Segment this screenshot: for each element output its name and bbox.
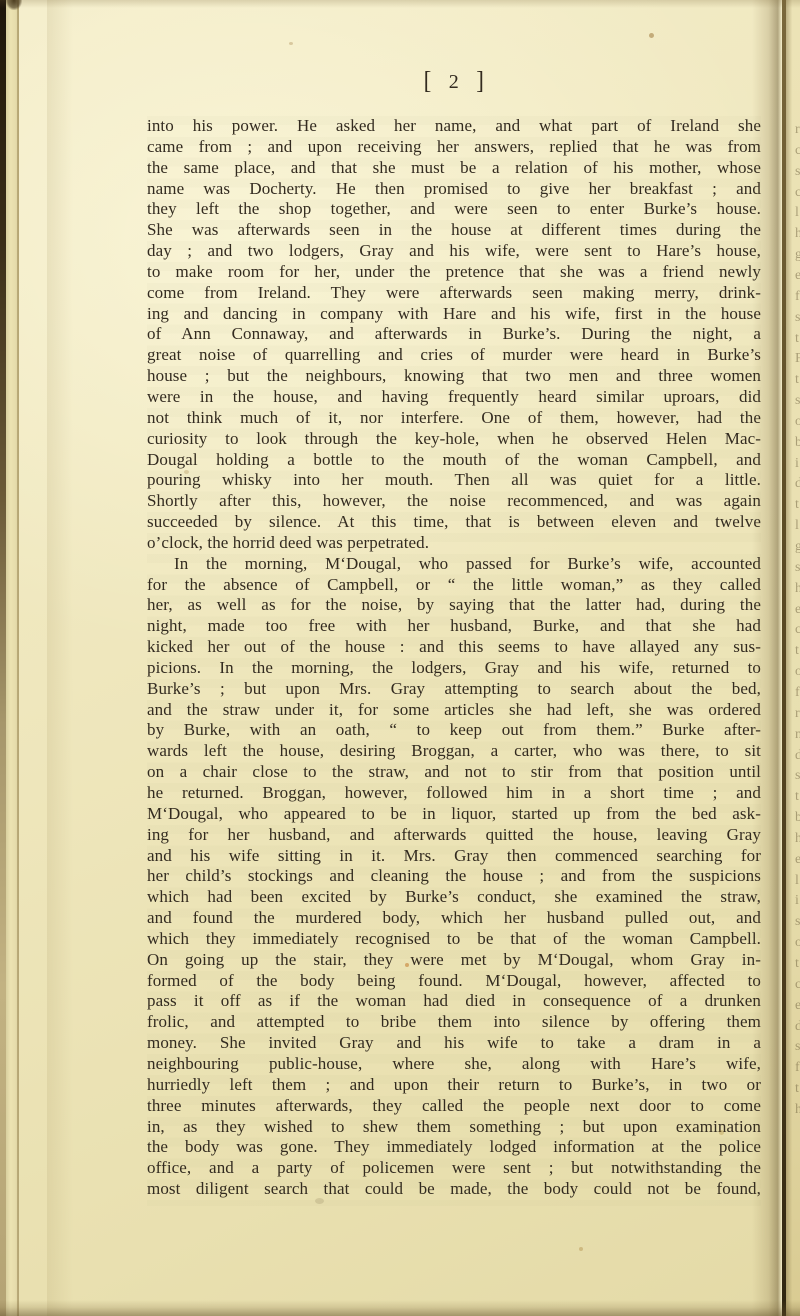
text-line: of Ann Connaway, and afterwards in Burke… xyxy=(147,324,761,345)
text-line: ing and dancing in company with Hare and… xyxy=(147,304,761,325)
foxing-speck xyxy=(405,963,409,967)
next-page-letter-fragment: s xyxy=(795,560,800,576)
next-page-letter-fragment: s xyxy=(795,768,800,784)
next-page-letter-fragment: o xyxy=(795,935,800,951)
text-line: come from Ireland. They were afterwards … xyxy=(147,283,761,304)
next-page-letter-fragment: o xyxy=(795,664,800,680)
next-page-letter-fragment: b xyxy=(795,435,800,451)
text-line: kicked her out of the house : and this s… xyxy=(147,637,761,658)
next-page-letter-fragment: c xyxy=(795,977,800,993)
page-number-value: 2 xyxy=(449,71,460,94)
text-line: and found the murdered body, which her h… xyxy=(147,908,761,929)
next-page-letter-fragment: e xyxy=(795,852,800,868)
text-line: name was Docherty. He then promised to g… xyxy=(147,179,761,200)
text-line: they left the shop together, and were se… xyxy=(147,199,761,220)
page-number-open-bracket: [ xyxy=(424,67,432,95)
foxing-speck xyxy=(289,42,293,45)
text-line: house ; but the neighbours, knowing that… xyxy=(147,366,761,387)
text-line: to make room for her, under the pretence… xyxy=(147,262,761,283)
text-line: On going up the stair, they were met by … xyxy=(147,950,761,971)
page-number-close-bracket: ] xyxy=(476,67,484,95)
text-line: her, as well as for the noise, by saying… xyxy=(147,595,761,616)
next-page-letter-fragment: c xyxy=(795,622,800,638)
next-page-letter-fragment: i xyxy=(795,456,800,472)
next-page-letter-fragment: t xyxy=(795,372,800,388)
next-page-letter-fragment: c xyxy=(795,185,800,201)
next-page-letter-fragment: n xyxy=(795,727,800,743)
foxing-speck xyxy=(184,470,189,474)
page-binding-crease xyxy=(47,0,73,1316)
text-line: In the morning, M‘Dougal, who passed for… xyxy=(147,554,761,575)
bottom-edge-shadow xyxy=(0,1300,800,1316)
next-page-letter-fragment: h xyxy=(795,581,800,597)
next-page-letter-fragment: e xyxy=(795,998,800,1014)
next-page-letter-fragment: e xyxy=(795,268,800,284)
text-line: the body was gone. They immediately lodg… xyxy=(147,1137,761,1158)
text-line: great noise of quarrelling and cries of … xyxy=(147,345,761,366)
text-line: money. She invited Gray and his wife to … xyxy=(147,1033,761,1054)
next-page-letter-fragment: r xyxy=(795,706,800,722)
next-page-letter-fragment: t xyxy=(795,789,800,805)
text-line: which had been excited by Burke’s conduc… xyxy=(147,887,761,908)
next-page-letter-fragment: s xyxy=(795,1039,800,1055)
text-line: formed of the body being found. M‘Dougal… xyxy=(147,971,761,992)
next-page-letter-fragment: h xyxy=(795,226,800,242)
text-line: came from ; and upon receiving her answe… xyxy=(147,137,761,158)
book-page-scan: [2] into his power. He asked her name, a… xyxy=(0,0,800,1316)
text-line: by Burke, with an oath, “ to keep out fr… xyxy=(147,720,761,741)
next-page-letter-fragment: b xyxy=(795,810,800,826)
text-line: Burke’s ; but upon Mrs. Gray attempting … xyxy=(147,679,761,700)
text-line: curiosity to look through the key-hole, … xyxy=(147,429,761,450)
next-page-letter-fragment: l xyxy=(795,873,800,889)
text-line: o’clock, the horrid deed was perpetrated… xyxy=(147,533,761,554)
text-line: and his wife sitting in it. Mrs. Gray th… xyxy=(147,846,761,867)
next-page-letter-fragment: i xyxy=(795,893,800,909)
next-page-letter-fragment: s xyxy=(795,393,800,409)
next-page-letter-fragment: o xyxy=(795,414,800,430)
text-line: Shortly after this, however, the noise r… xyxy=(147,491,761,512)
text-line: Dougal holding a bottle to the mouth of … xyxy=(147,450,761,471)
text-line: on a chair close to the straw, and not t… xyxy=(147,762,761,783)
text-line: ing for her husband, and afterwards quit… xyxy=(147,825,761,846)
text-line: three minutes afterwards, they called th… xyxy=(147,1096,761,1117)
text-line: M‘Dougal, who appeared to be in liquor, … xyxy=(147,804,761,825)
text-line: neighbouring public-house, where she, al… xyxy=(147,1054,761,1075)
next-page-letter-fragment: h xyxy=(795,831,800,847)
next-page-letter-fragment: r xyxy=(795,122,800,138)
next-page-letter-fragment: d xyxy=(795,748,800,764)
next-page-letter-fragment: h xyxy=(795,1102,800,1118)
text-line: which they immediately recognised to be … xyxy=(147,929,761,950)
next-page-letter-fragment: s xyxy=(795,310,800,326)
text-line: into his power. He asked her name, and w… xyxy=(147,116,761,137)
text-line: her child’s stockings and cleaning the h… xyxy=(147,866,761,887)
next-page-letter-fragment: g xyxy=(795,539,800,555)
next-page-letter-fragment: f xyxy=(795,289,800,305)
next-page-letter-fragment: c xyxy=(795,143,800,159)
text-line: night, made too free with her husband, B… xyxy=(147,616,761,637)
text-line: frolic, and attempted to bribe them into… xyxy=(147,1012,761,1033)
page-gutter-shadow xyxy=(752,0,782,1316)
foxing-speck xyxy=(719,1130,724,1135)
text-line: wards left the house, desiring Broggan, … xyxy=(147,741,761,762)
foxing-speck xyxy=(579,1247,583,1251)
next-page-letter-fragment: f xyxy=(795,1060,800,1076)
text-line: pouring whisky into her mouth. Then all … xyxy=(147,470,761,491)
foxing-speck xyxy=(315,1198,324,1204)
next-page-letter-fragment: t xyxy=(795,331,800,347)
text-line: for the absence of Campbell, or “ the li… xyxy=(147,575,761,596)
page-number: [2] xyxy=(147,68,761,98)
next-page-letter-fragment: d xyxy=(795,1019,800,1035)
text-line: were in the house, and having frequently… xyxy=(147,387,761,408)
page-text: into his power. He asked her name, and w… xyxy=(147,116,761,1200)
text-line: succeeded by silence. At this time, that… xyxy=(147,512,761,533)
text-line: and the straw under it, for some article… xyxy=(147,700,761,721)
next-page-letter-fragment: t xyxy=(795,1081,800,1097)
next-page-letter-fragment: s xyxy=(795,164,800,180)
underlying-page-edges xyxy=(6,0,19,1316)
text-line: he returned. Broggan, however, followed … xyxy=(147,783,761,804)
text-line: office, and a party of policemen were se… xyxy=(147,1158,761,1179)
text-line: not think much of it, nor interfere. One… xyxy=(147,408,761,429)
text-line: pass it off as if the woman had died in … xyxy=(147,991,761,1012)
next-page-letter-fragment: f xyxy=(795,685,800,701)
next-page-letter-fragment: l xyxy=(795,518,800,534)
next-page-letter-fragment: F xyxy=(795,351,800,367)
next-page-letter-fragment: l xyxy=(795,205,800,221)
next-page-letter-fragment: g xyxy=(795,247,800,263)
next-page-sliver: rcsclhgefstFtsobidtlgshectofrndstbheliso… xyxy=(786,0,800,1316)
text-line: She was afterwards seen in the house at … xyxy=(147,220,761,241)
text-line: the same place, and that she must be a r… xyxy=(147,158,761,179)
next-page-letter-fragment: d xyxy=(795,476,800,492)
page: [2] into his power. He asked her name, a… xyxy=(19,0,782,1316)
next-page-letter-fragment: t xyxy=(795,956,800,972)
text-line: hurriedly left them ; and upon their ret… xyxy=(147,1075,761,1096)
next-page-letter-fragment: e xyxy=(795,602,800,618)
next-page-letter-fragment: t xyxy=(795,497,800,513)
text-line: picions. In the morning, the lodgers, Gr… xyxy=(147,658,761,679)
text-line: day ; and two lodgers, Gray and his wife… xyxy=(147,241,761,262)
text-line: in, as they wished to shew them somethin… xyxy=(147,1117,761,1138)
text-line: most diligent search that could be made,… xyxy=(147,1179,761,1200)
next-page-letter-fragment: t xyxy=(795,643,800,659)
next-page-letter-fragment: s xyxy=(795,914,800,930)
top-edge-shadow xyxy=(0,0,800,8)
foxing-speck xyxy=(649,33,654,38)
